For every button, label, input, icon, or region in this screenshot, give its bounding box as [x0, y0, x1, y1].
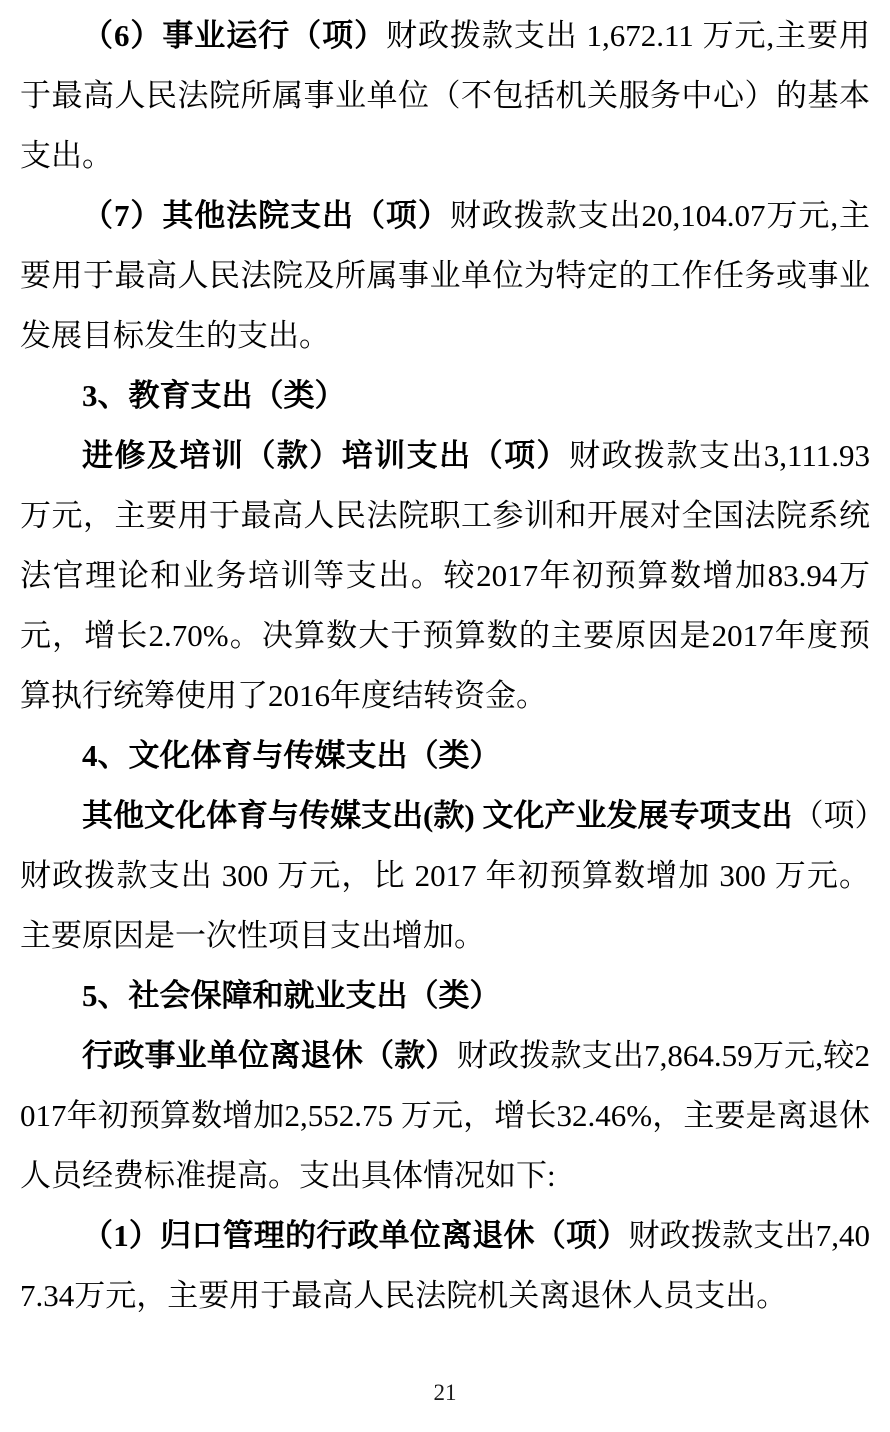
bold-text-run: （1）归口管理的行政单位离退休（项） [82, 1218, 628, 1253]
bold-text-run: 4、文化体育与传媒支出（类） [82, 738, 501, 773]
page-number: 21 [0, 1378, 890, 1408]
section-heading: 4、文化体育与传媒支出（类） [20, 726, 870, 786]
body-paragraph: 进修及培训（款）培训支出（项）财政拨款支出3,111.93万元，主要用于最高人民… [20, 426, 870, 726]
body-paragraph: 行政事业单位离退休（款）财政拨款支出7,864.59万元,较2017年初预算数增… [20, 1026, 870, 1206]
bold-text-run: 3、教育支出（类） [82, 378, 346, 413]
body-paragraph: 其他文化体育与传媒支出(款) 文化产业发展专项支出（项）财政拨款支出 300 万… [20, 786, 870, 966]
document-page: （6）事业运行（项）财政拨款支出 1,672.11 万元,主要用于最高人民法院所… [0, 0, 890, 1432]
bold-text-run: 5、社会保障和就业支出（类） [82, 978, 501, 1013]
body-paragraph: （6）事业运行（项）财政拨款支出 1,672.11 万元,主要用于最高人民法院所… [20, 6, 870, 186]
body-paragraph: （7）其他法院支出（项）财政拨款支出20,104.07万元,主要用于最高人民法院… [20, 186, 870, 366]
bold-text-run: （6）事业运行（项） [82, 18, 386, 53]
bold-text-run: （7）其他法院支出（项） [82, 198, 450, 233]
document-body-text: （6）事业运行（项）财政拨款支出 1,672.11 万元,主要用于最高人民法院所… [20, 6, 870, 1326]
section-heading: 5、社会保障和就业支出（类） [20, 966, 870, 1026]
section-heading: 3、教育支出（类） [20, 366, 870, 426]
bold-text-run: 进修及培训（款）培训支出（项） [82, 438, 569, 473]
body-paragraph: （1）归口管理的行政单位离退休（项）财政拨款支出7,407.34万元，主要用于最… [20, 1206, 870, 1326]
bold-text-run: 行政事业单位离退休（款） [82, 1038, 457, 1073]
text-run: 财政拨款支出3,111.93万元，主要用于最高人民法院职工参训和开展对全国法院系… [20, 438, 870, 713]
bold-text-run: 其他文化体育与传媒支出(款) 文化产业发展专项支出 [82, 798, 792, 833]
